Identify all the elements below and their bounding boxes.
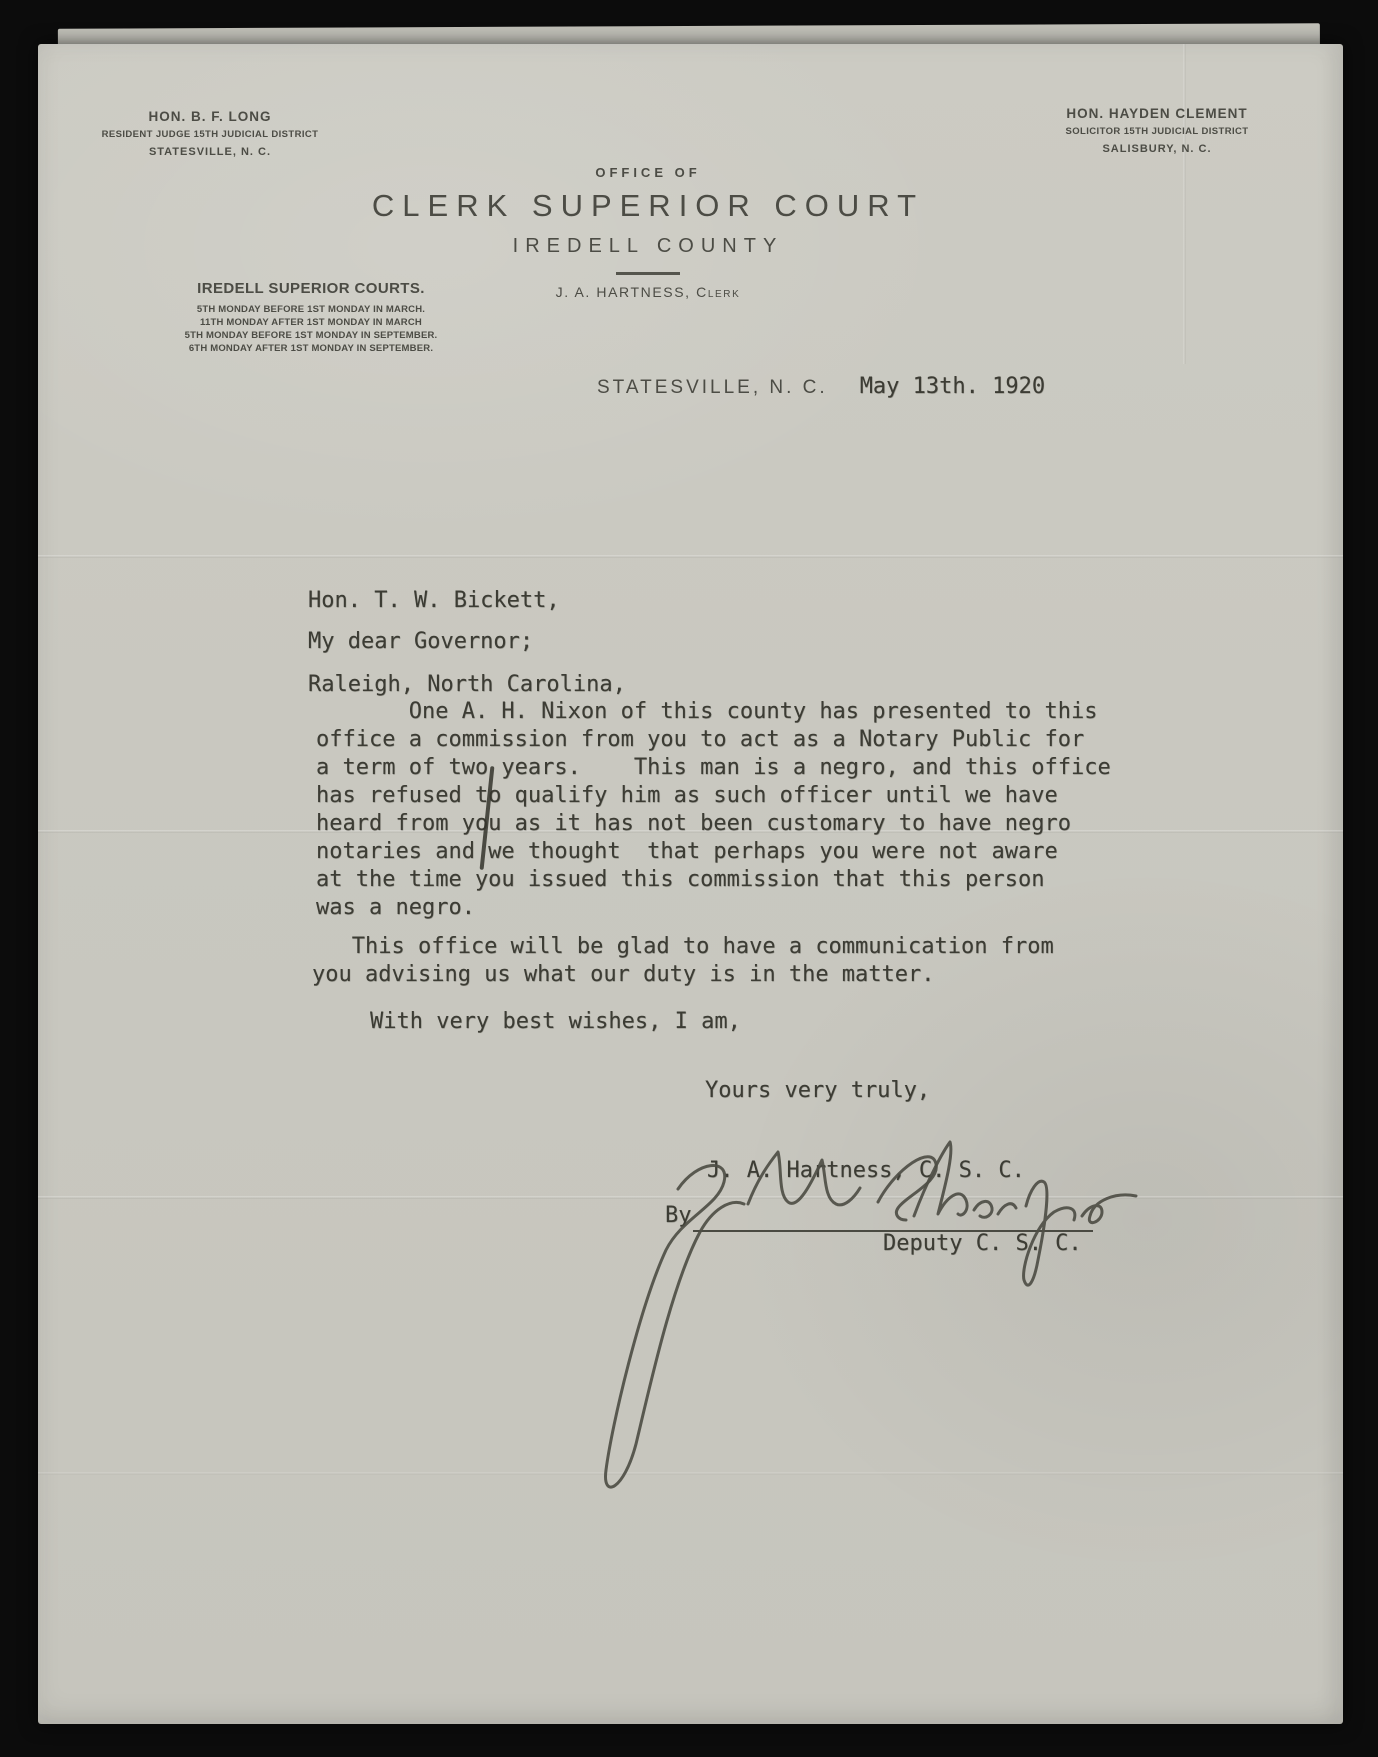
court-schedule: IREDELL SUPERIOR COURTS. 5TH MONDAY BEFO… [111, 280, 511, 355]
court-schedule-line: 6TH MONDAY AFTER 1ST MONDAY IN SEPTEMBER… [111, 342, 511, 355]
recipient-city: Raleigh, North Carolina, [308, 671, 626, 699]
left-official-name: HON. B. F. LONG [60, 108, 360, 126]
letterhead-right-official: HON. HAYDEN CLEMENT SOLICITOR 15TH JUDIC… [997, 105, 1317, 157]
dateline-city: STATESVILLE, N. C. [597, 377, 828, 399]
letter-page: HON. B. F. LONG RESIDENT JUDGE 15TH JUDI… [38, 44, 1343, 1724]
court-schedule-line: 5TH MONDAY BEFORE 1ST MONDAY IN MARCH. [111, 303, 511, 316]
salutation: My dear Governor; [308, 628, 533, 656]
recipient-name: Hon. T. W. Bickett, [308, 587, 626, 615]
county-name: IREDELL COUNTY [148, 235, 1148, 258]
left-official-title: RESIDENT JUDGE 15TH JUDICIAL DISTRICT [60, 129, 360, 142]
scanned-document: HON. B. F. LONG RESIDENT JUDGE 15TH JUDI… [0, 0, 1378, 1757]
signer-title: Deputy C. S. C. [883, 1230, 1082, 1258]
right-official-name: HON. HAYDEN CLEMENT [997, 105, 1317, 123]
handwritten-signature [578, 1134, 1188, 1544]
court-schedule-line: 5TH MONDAY BEFORE 1ST MONDAY IN SEPTEMBE… [111, 329, 511, 342]
fold-crease [38, 555, 1343, 558]
right-official-title: SOLICITOR 15TH JUDICIAL DISTRICT [997, 126, 1317, 139]
paragraph-2: This office will be glad to have a commu… [312, 933, 1054, 989]
right-official-city: SALISBURY, N. C. [997, 142, 1317, 157]
closing-phrase: With very best wishes, I am, [370, 1008, 741, 1036]
valediction: Yours very truly, [705, 1077, 930, 1105]
divider-rule [616, 272, 680, 275]
office-name-title: CLERK SUPERIOR COURT [148, 188, 1148, 224]
fold-crease [1183, 44, 1186, 364]
left-official-city: STATESVILLE, N. C. [60, 145, 360, 160]
court-schedule-line: 11TH MONDAY AFTER 1ST MONDAY IN MARCH [111, 316, 511, 329]
court-schedule-heading: IREDELL SUPERIOR COURTS. [111, 280, 511, 297]
typed-date: May 13th. 1920 [860, 374, 1045, 399]
paragraph-1: One A. H. Nixon of this county has prese… [316, 698, 1111, 922]
dateline: STATESVILLE, N. C. May 13th. 1920 [597, 374, 1045, 399]
court-schedule-lines: 5TH MONDAY BEFORE 1ST MONDAY IN MARCH. 1… [111, 303, 511, 355]
office-of-line: OFFICE OF [148, 165, 1148, 180]
letterhead-left-official: HON. B. F. LONG RESIDENT JUDGE 15TH JUDI… [60, 108, 360, 160]
